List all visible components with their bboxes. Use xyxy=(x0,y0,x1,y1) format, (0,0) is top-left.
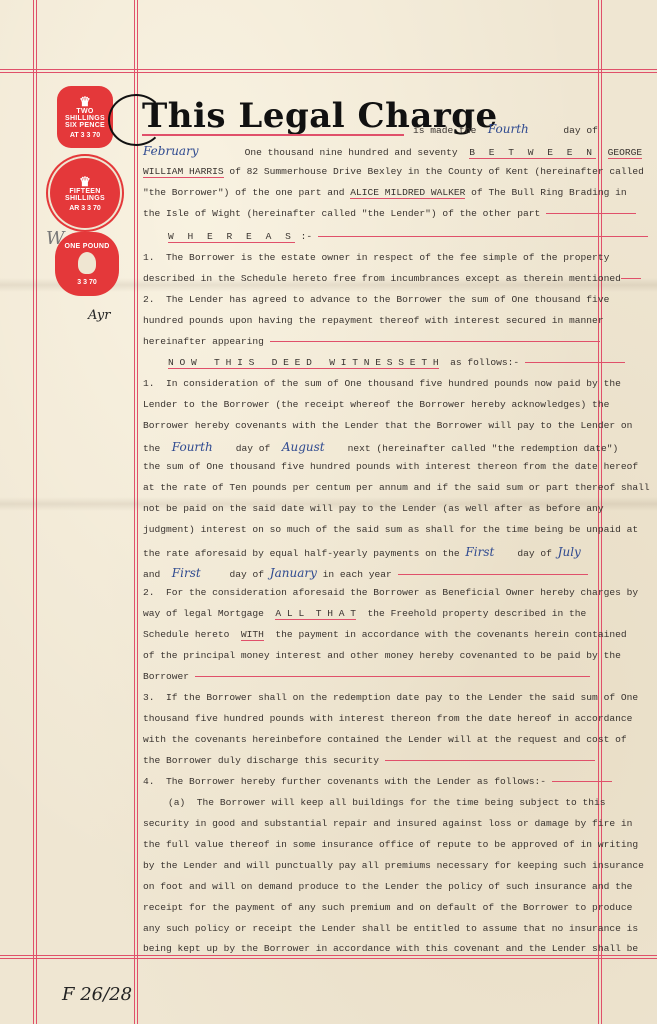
clause-3-cont: the Borrower duly discharge this securit… xyxy=(143,755,595,766)
clause-1-cont: at the rate of Ten pounds per centum per… xyxy=(143,482,650,493)
clause-3: 3. If the Borrower shall on the redempti… xyxy=(143,692,638,703)
clause-2-cont: of the principal money interest and othe… xyxy=(143,650,621,661)
recital-1: 1. The Borrower is the estate owner in r… xyxy=(143,252,609,263)
heading-witnesseth: N O W T H I S D E E D W I T N E S S E T … xyxy=(168,357,625,368)
recital-2: 2. The Lender has agreed to advance to t… xyxy=(143,294,609,305)
clause-4a-cont: the full value thereof in some insurance… xyxy=(143,839,638,850)
crown-icon: ♛ xyxy=(79,95,91,108)
file-reference: F 26/28 xyxy=(62,984,132,1005)
clause-4a-cont: security in good and substantial repair … xyxy=(143,818,632,829)
clause-1-cont: not be paid on the said date will pay to… xyxy=(143,503,604,514)
text-line: February One thousand nine hundred and s… xyxy=(143,144,642,158)
clause-4a: (a) The Borrower will keep all buildings… xyxy=(168,797,606,808)
margin-rule-left xyxy=(33,0,34,1024)
clause-1: 1. In consideration of the sum of One th… xyxy=(143,378,621,389)
text-line: WILLIAM HARRIS of 82 Summerhouse Drive B… xyxy=(143,166,644,177)
text-line: the Isle of Wight (hereinafter called "t… xyxy=(143,208,636,219)
revenue-stamp-fifteen-shillings: ♛ FIFTEEN SHILLINGS AR 3 3 70 xyxy=(50,158,120,228)
clause-2-cont: Borrower xyxy=(143,671,590,682)
clause-3-cont: with the covenants hereinbefore containe… xyxy=(143,734,627,745)
heading-whereas: W H E R E A S :- xyxy=(168,231,648,242)
recital-2-cont: hereinafter appearing xyxy=(143,336,600,347)
crown-icon: ♛ xyxy=(79,175,91,188)
recital-2-cont: hundred pounds upon having the repayment… xyxy=(143,315,604,326)
text-line: "the Borrower") of the one part and ALIC… xyxy=(143,187,627,198)
title-underline xyxy=(142,134,404,136)
recital-1-cont: described in the Schedule hereto free fr… xyxy=(143,273,641,284)
clause-1-cont: Lender to the Borrower (the receipt wher… xyxy=(143,399,609,410)
clause-2: 2. For the consideration aforesaid the B… xyxy=(143,587,638,598)
clause-4a-cont: on foot and will on demand produce to th… xyxy=(143,881,632,892)
clause-3-cont: thousand five hundred pounds with intere… xyxy=(143,713,632,724)
top-rule xyxy=(0,69,657,70)
revenue-stamp-two-shillings-six-pence: ♛ TWO SHILLINGS SIX PENCE AT 3 3 70 xyxy=(57,86,113,148)
clause-1-cont: the Fourth day of August next (hereinaft… xyxy=(143,440,618,454)
clause-1-cont: and First day of January in each year xyxy=(143,566,588,580)
margin-rule-inner xyxy=(134,0,135,1024)
clause-4a-cont: receipt for the payment of any such prem… xyxy=(143,902,632,913)
clause-1-cont: the rate aforesaid by equal half-yearly … xyxy=(143,545,581,559)
bottom-rule xyxy=(0,955,657,956)
clause-2-cont: Schedule hereto WITH the payment in acco… xyxy=(143,629,627,640)
margin-signature: Ayr xyxy=(88,308,110,323)
clause-1-cont: the sum of One thousand five hundred pou… xyxy=(143,461,638,472)
clause-1-cont: Borrower hereby covenants with the Lende… xyxy=(143,420,632,431)
clause-4a-cont: any such policy or receipt the Lender sh… xyxy=(143,923,638,934)
clause-1-cont: judgment) interest on so much of the sai… xyxy=(143,524,638,535)
clause-4a-cont: by the Lender and will punctually pay al… xyxy=(143,860,644,871)
text-line: is made the Fourth day of xyxy=(413,122,598,136)
margin-initials: W xyxy=(46,228,65,249)
clause-2-cont: way of legal Mortgage A L L T H A T the … xyxy=(143,608,586,619)
clause-4: 4. The Borrower hereby further covenants… xyxy=(143,776,612,787)
queen-profile-icon xyxy=(78,252,96,274)
clause-4a-cont: being kept up by the Borrower in accorda… xyxy=(143,943,638,954)
